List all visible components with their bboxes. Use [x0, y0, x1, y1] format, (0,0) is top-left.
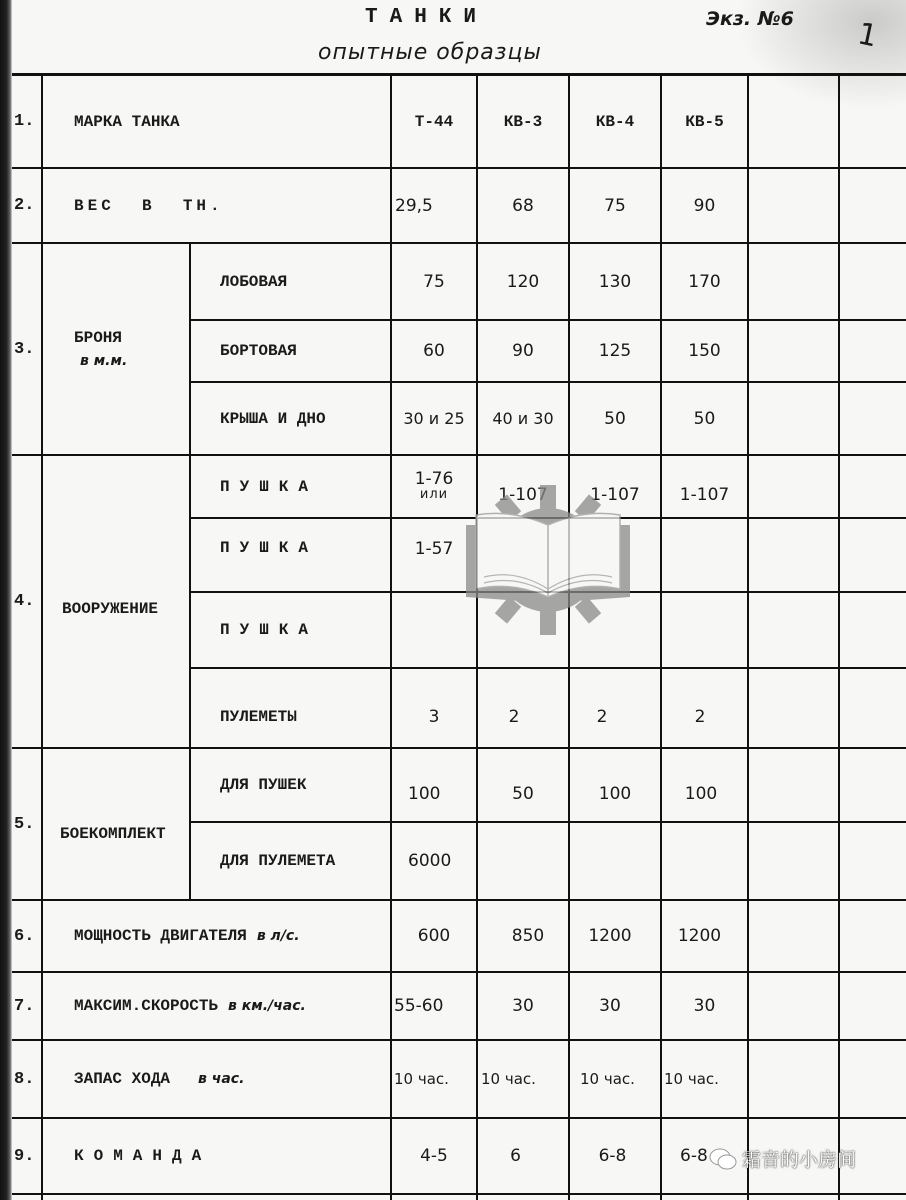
sub-label: ЛОБОВАЯ [220, 244, 388, 319]
row-label: БОЕКОМПЛЕКТ [60, 749, 190, 919]
column-header: КВ-3 [478, 76, 568, 167]
table-cell: 6-8 [570, 1119, 655, 1193]
table-cell: 50 [662, 383, 747, 454]
book-gear-watermark-icon [462, 485, 634, 635]
table-cell: 90 [478, 321, 568, 381]
table-cell: 90 [662, 169, 747, 242]
table-cell: 30 [570, 973, 650, 1039]
row-label: ВООРУЖЕНИЕ [62, 456, 189, 761]
col-divider [838, 75, 840, 1200]
spec-table: 1. МАРКА ТАНКА Т-44 КВ-3 КВ-4 КВ-5 2. ВЕ… [0, 0, 906, 1200]
column-header: КВ-4 [570, 76, 660, 167]
row-number: 3. [14, 244, 41, 454]
row-label: КОМАНДА [74, 1119, 390, 1193]
table-cell: 125 [570, 321, 660, 381]
cell-note: или [420, 487, 448, 503]
table-cell: 6000 [408, 823, 476, 899]
table-cell: 50 [478, 749, 568, 839]
row-label: МАРКА ТАНКА [74, 76, 384, 167]
sub-label: БОРТОВАЯ [220, 321, 388, 381]
table-cell: 10 час. [394, 1041, 476, 1117]
table-cell: 1-107 [662, 456, 747, 534]
unit-note: в час. [198, 1071, 244, 1087]
table-cell: 30 [662, 973, 747, 1039]
table-cell: 68 [478, 169, 568, 242]
row-label: ЗАПАС ХОДА [74, 1070, 170, 1088]
table-cell: 75 [392, 244, 476, 319]
table-cell: 10 час. [664, 1041, 754, 1117]
row-group-label: БРОНЯ в м.м. [74, 244, 189, 454]
table-cell: 4-5 [392, 1119, 476, 1193]
row-number: 7. [14, 973, 41, 1039]
row-label: ВЕС В ТН. [74, 169, 384, 242]
unit-note: в км./час. [228, 998, 306, 1014]
table-cell: 6 [478, 1119, 553, 1193]
wechat-icon [708, 1146, 738, 1172]
row-label: МОЩНОСТЬ ДВИГАТЕЛЯ [74, 927, 247, 945]
row-label: МАКСИМ.СКОРОСТЬ [74, 997, 218, 1015]
sub-label: ПУШКА [220, 456, 388, 517]
row-divider [12, 1193, 906, 1195]
table-cell: 50 [570, 383, 660, 454]
table-cell: 170 [662, 244, 747, 319]
table-cell: 55-60 [394, 973, 476, 1039]
sub-label: КРЫША И ДНО [220, 383, 388, 454]
table-cell: 29,5 [395, 169, 475, 242]
col-divider [747, 75, 749, 1200]
table-cell: 130 [570, 244, 660, 319]
row-number: 1. [14, 76, 41, 167]
sub-label: ПУШКА [220, 519, 388, 583]
table-cell: 10 час. [580, 1041, 662, 1117]
sub-label: ПУШКА [220, 593, 388, 667]
col-divider [41, 75, 43, 1200]
unit-note: в л/с. [257, 928, 300, 944]
column-header: Т-44 [392, 76, 476, 167]
row-label-group: ЗАПАС ХОДА в час. [74, 1041, 390, 1117]
table-cell: 30 [478, 973, 568, 1039]
table-cell: 850 [478, 901, 578, 971]
row-number: 9. [14, 1119, 41, 1193]
sub-label: ДЛЯ ПУШЕК [220, 749, 388, 821]
row-number: 4. [14, 456, 41, 747]
table-cell: 30 и 25 [392, 383, 476, 454]
table-cell: 100 [662, 749, 740, 839]
unit-note: в м.м. [80, 353, 127, 369]
row-number: 5. [14, 749, 41, 899]
table-cell: 10 час. [481, 1041, 568, 1117]
table-cell: 60 [392, 321, 476, 381]
wechat-watermark: 霜音的小房间 [708, 1145, 856, 1172]
row-number: 8. [14, 1041, 41, 1117]
sub-label: ДЛЯ ПУЛЕМЕТА [220, 823, 388, 899]
row-label-group: МАКСИМ.СКОРОСТЬ в км./час. [74, 973, 394, 1039]
row-number: 2. [14, 169, 41, 242]
table-cell: 600 [392, 901, 476, 971]
table-cell: 75 [570, 169, 660, 242]
row-label: БРОНЯ [74, 329, 122, 347]
table-cell: 40 и 30 [478, 383, 568, 454]
table-cell: 1200 [570, 901, 650, 971]
row-number: 6. [14, 901, 41, 971]
cell-value: 1-76 [415, 471, 454, 487]
column-header: КВ-5 [662, 76, 747, 167]
table-cell: 120 [478, 244, 568, 319]
row-label-group: МОЩНОСТЬ ДВИГАТЕЛЯ в л/с. [74, 901, 390, 971]
table-cell: 150 [662, 321, 747, 381]
table-cell: 1200 [662, 901, 737, 971]
table-cell: 100 [570, 749, 660, 839]
wechat-channel-name: 霜音的小房间 [742, 1145, 856, 1172]
